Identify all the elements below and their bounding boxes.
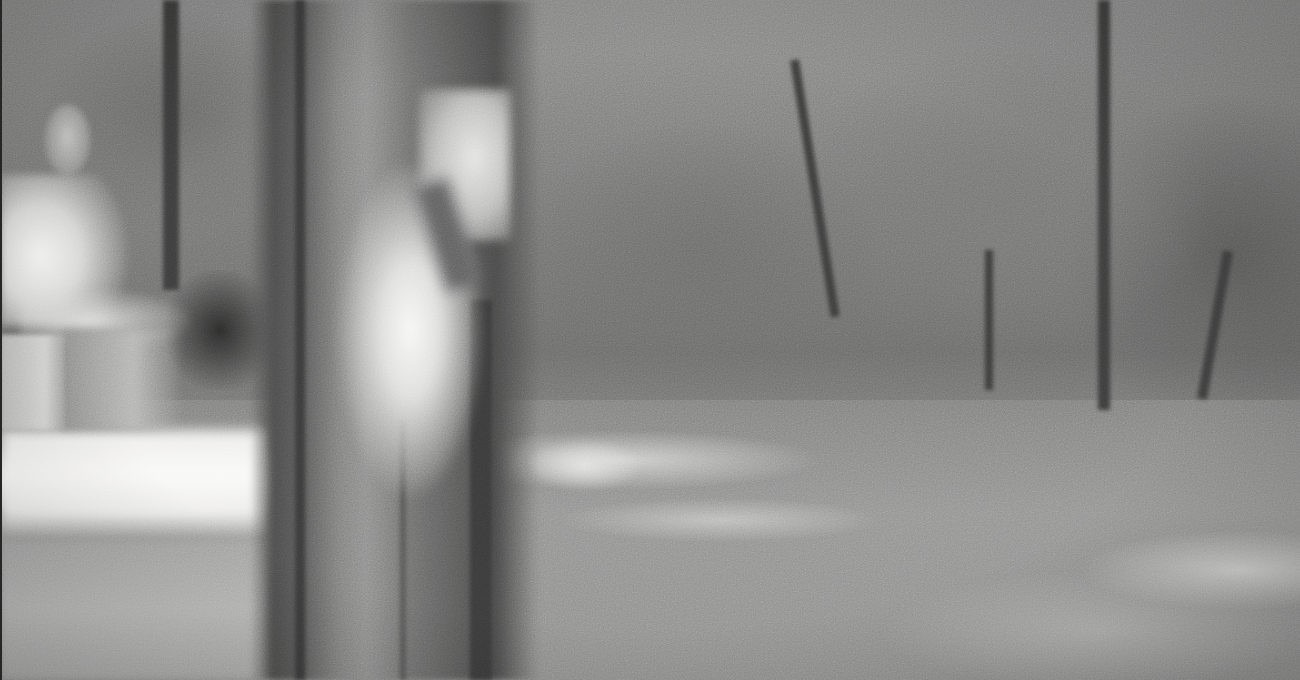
thin-tree-trunk bbox=[985, 250, 993, 390]
bark-streak bbox=[295, 0, 305, 680]
statue-plinth bbox=[0, 335, 65, 430]
bark-streak bbox=[400, 420, 406, 680]
bark-streak bbox=[470, 300, 492, 680]
thin-tree-trunk bbox=[163, 0, 179, 290]
background-foliage bbox=[0, 0, 1300, 440]
thin-tree-trunk bbox=[1197, 250, 1233, 399]
lawn-ground bbox=[0, 400, 1300, 680]
sunlit-path bbox=[0, 430, 270, 540]
film-grain bbox=[0, 0, 1300, 680]
sunlit-patch bbox=[530, 440, 640, 490]
thin-tree-trunk bbox=[790, 59, 840, 317]
plinth-side bbox=[62, 330, 182, 430]
photograph bbox=[0, 0, 1300, 680]
main-tree-trunk bbox=[250, 0, 540, 680]
image-edge bbox=[0, 0, 2, 680]
statue-lap bbox=[20, 290, 190, 350]
figure-shadow bbox=[414, 177, 481, 292]
thin-tree-trunk bbox=[1098, 0, 1110, 410]
foreground-grass bbox=[0, 540, 270, 680]
statue-body bbox=[0, 175, 160, 325]
ghostly-figure-head bbox=[420, 90, 510, 240]
vignette bbox=[0, 0, 1300, 680]
statue-head bbox=[45, 105, 90, 175]
ghostly-figure bbox=[330, 150, 490, 520]
shadow-gap bbox=[165, 270, 275, 390]
